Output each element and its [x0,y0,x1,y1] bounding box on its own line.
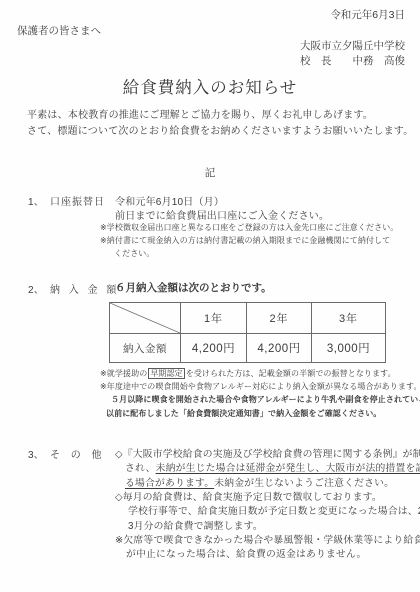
section-1-label: 口座振替日 [50,193,105,208]
principal-name: 校 長 中務 高俊 [300,54,405,69]
section-3-number: 3、 [28,446,44,461]
record-mark: 記 [0,165,420,180]
section-2-label: 納 入 金 額 [50,281,119,296]
no-refund-line-2: が中止になった場合は、給食費の返金はありません。 [126,546,367,560]
ordinance-line-2-underlined: 未納が生じた場合は延滞金が発生し、大阪市が法的措置を講じ [156,463,420,474]
section-1-note-2-continuation: ください。 [114,248,155,259]
school-name: 大阪市立夕陽丘中学校 [300,39,405,54]
ordinance-line-3-underlined: る場合があります。 [125,478,214,489]
fee-table-value-row: 納入金額 4,200円 4,200円 3,000円 [110,334,386,363]
ordinance-line-1: ◇『大阪市学校給食の実施及び学校給食費の管理に関する条例』が制定 [115,446,420,460]
grade-3-amount: 3,000円 [312,334,386,363]
ordinance-line-3-plain: 未納金が生じないようご注意ください。 [214,478,394,489]
intro-line-2: さて、標題について次のとおり給食費をお納めくださいますようお願いいたします。 [27,124,413,140]
monthly-fee-line-3: 3月分の給食費で調整します。 [128,518,263,532]
monthly-fee-line-2: 学校行事等で、給食実施日数が予定日数と変更になった場合は、2月 [128,503,420,517]
document-title: 給食費納入のお知らせ [0,74,420,98]
confirm-notice-line-1: ５月以降に喫食を開始された場合や食物アレルギーにより牛乳や副食を停止されている方… [111,394,420,405]
confirm-notice-line-2: 以前に配布しました「給食費額決定通知書」で納入金額をご確認ください。 [106,408,381,419]
early-certification-box: 早期認定 [148,368,184,379]
subsidy-note: ※就学援助の早期認定を受けられた方は、記載金額の半額での振替となります。 [100,368,396,379]
ordinance-line-2-plain: され、 [125,463,156,474]
section-3-label: そ の 他 [50,446,106,461]
notice-document: 令和元年6月3日 保護者の皆さまへ 大阪市立夕陽丘中学校 校 長 中務 高俊 給… [0,0,420,592]
section-1-note-1: ※学校徴収金届出口座と異なる口座をご登録の方は入金先口座にご注意ください。 [100,222,398,233]
grade-2-amount: 4,200円 [247,334,312,363]
grade-2-header: 2年 [247,303,312,334]
amount-row-label: 納入金額 [110,334,181,363]
deposit-instruction: 前日までに給食費届出口座にご入金ください。 [115,207,329,222]
ordinance-line-3: る場合があります。未納金が生じないようご注意ください。 [125,475,394,489]
june-amount-lead: ６月納入金額は次のとおりです。 [115,280,272,295]
transfer-date: 令和元年6月10日（月） [115,193,224,208]
section-2-number: 2、 [28,281,44,296]
subsidy-note-pre: ※就学援助の [100,369,147,378]
salutation: 保護者の皆さまへ [17,23,101,38]
section-1-note-2: ※納付書にて現金納入の方は納付書記載の納入期限までに金融機関にて納付して [100,235,390,246]
table-corner-cell [110,303,181,334]
grade-1-header: 1年 [181,303,247,334]
monthly-fee-line-1: ◇毎月の給食費は、給食実施予定日数で徴収しております。 [115,489,382,503]
fee-table: 1年 2年 3年 納入金額 4,200円 4,200円 3,000円 [109,302,386,363]
no-refund-line-1: ※欠席等で喫食できなかった場合や暴風警報・学級休業等により給食 [115,532,420,546]
subsidy-note-post: を受けられた方は、記載金額の半額での振替となります。 [186,369,396,378]
grade-1-amount: 4,200円 [181,334,247,363]
sender-block: 大阪市立夕陽丘中学校 校 長 中務 高俊 [300,39,405,69]
diagonal-line [110,303,180,333]
ordinance-line-2: され、未納が生じた場合は延滞金が発生し、大阪市が法的措置を講じ [125,460,420,474]
intro-paragraph: 平素は、本校教育の推進にご理解とご協力を賜り、厚くお礼申しあげます。 さて、標題… [27,108,413,139]
grade-3-header: 3年 [312,303,386,334]
issue-date: 令和元年6月3日 [330,7,405,22]
intro-line-1: 平素は、本校教育の推進にご理解とご協力を賜り、厚くお礼申しあげます。 [27,108,413,124]
section-1-number: 1、 [28,193,44,208]
allergy-amount-note: ※年度途中での喫食開始や食物アレルギー対応により納入金額が異なる場合があります。 [100,381,420,392]
fee-table-header-row: 1年 2年 3年 [110,303,386,334]
